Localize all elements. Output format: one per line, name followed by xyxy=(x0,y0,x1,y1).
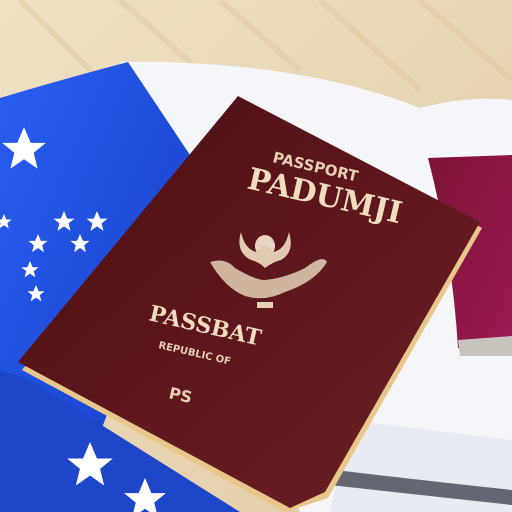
photo-scene: PASSPORT PADUMJI PASSBAT REPUBLIC OF PS xyxy=(0,0,512,512)
